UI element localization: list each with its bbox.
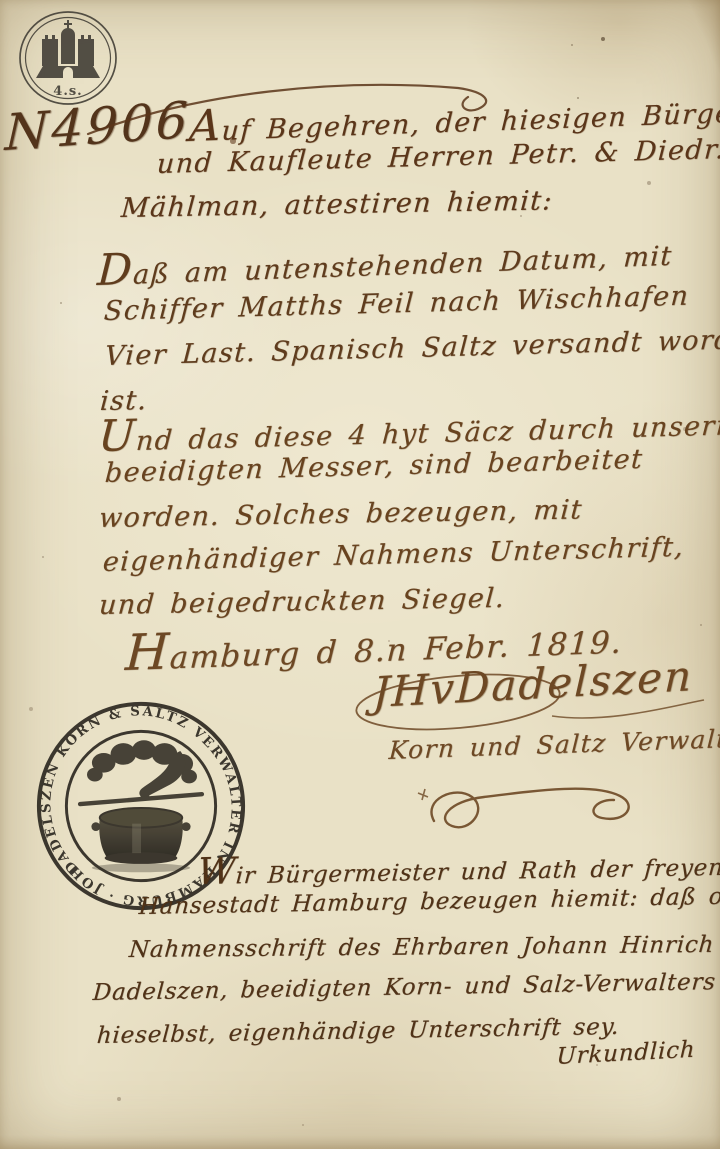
- document-page: 4.s. N4906 Auf Begehren, der hiesigen Bü…: [0, 0, 720, 1149]
- foxing-specks: [0, 0, 2, 2]
- notarial-line: hieselbst, eigenhändige Unterschrift sey…: [96, 1014, 620, 1049]
- stamp-denomination: 4.s.: [53, 84, 82, 99]
- certification-line: eigenhändiger Nahmens Unterschrift,: [102, 532, 685, 578]
- notarial-line: Nahmensschrift des Ehrbaren Johann Hinri…: [128, 931, 720, 963]
- notarial-line: Dadelszen, beeidigten Korn- und Salz-Ver…: [92, 969, 717, 1006]
- signature-title: Korn und Saltz Verwalter: [388, 723, 720, 765]
- grain-measure-icon: [91, 808, 190, 872]
- notarial-footer: Urkundlich: [556, 1037, 696, 1070]
- castle-icon: [36, 20, 100, 78]
- certification-line: worden. Solches bezeugen, mit: [98, 495, 584, 534]
- attestation-line: Mählman, attestiren hiemit:: [120, 185, 554, 224]
- hamburg-castle-stamp: 4.s.: [14, 8, 122, 108]
- declaration-line: Vier Last. Spanisch Saltz versandt worde…: [104, 324, 720, 372]
